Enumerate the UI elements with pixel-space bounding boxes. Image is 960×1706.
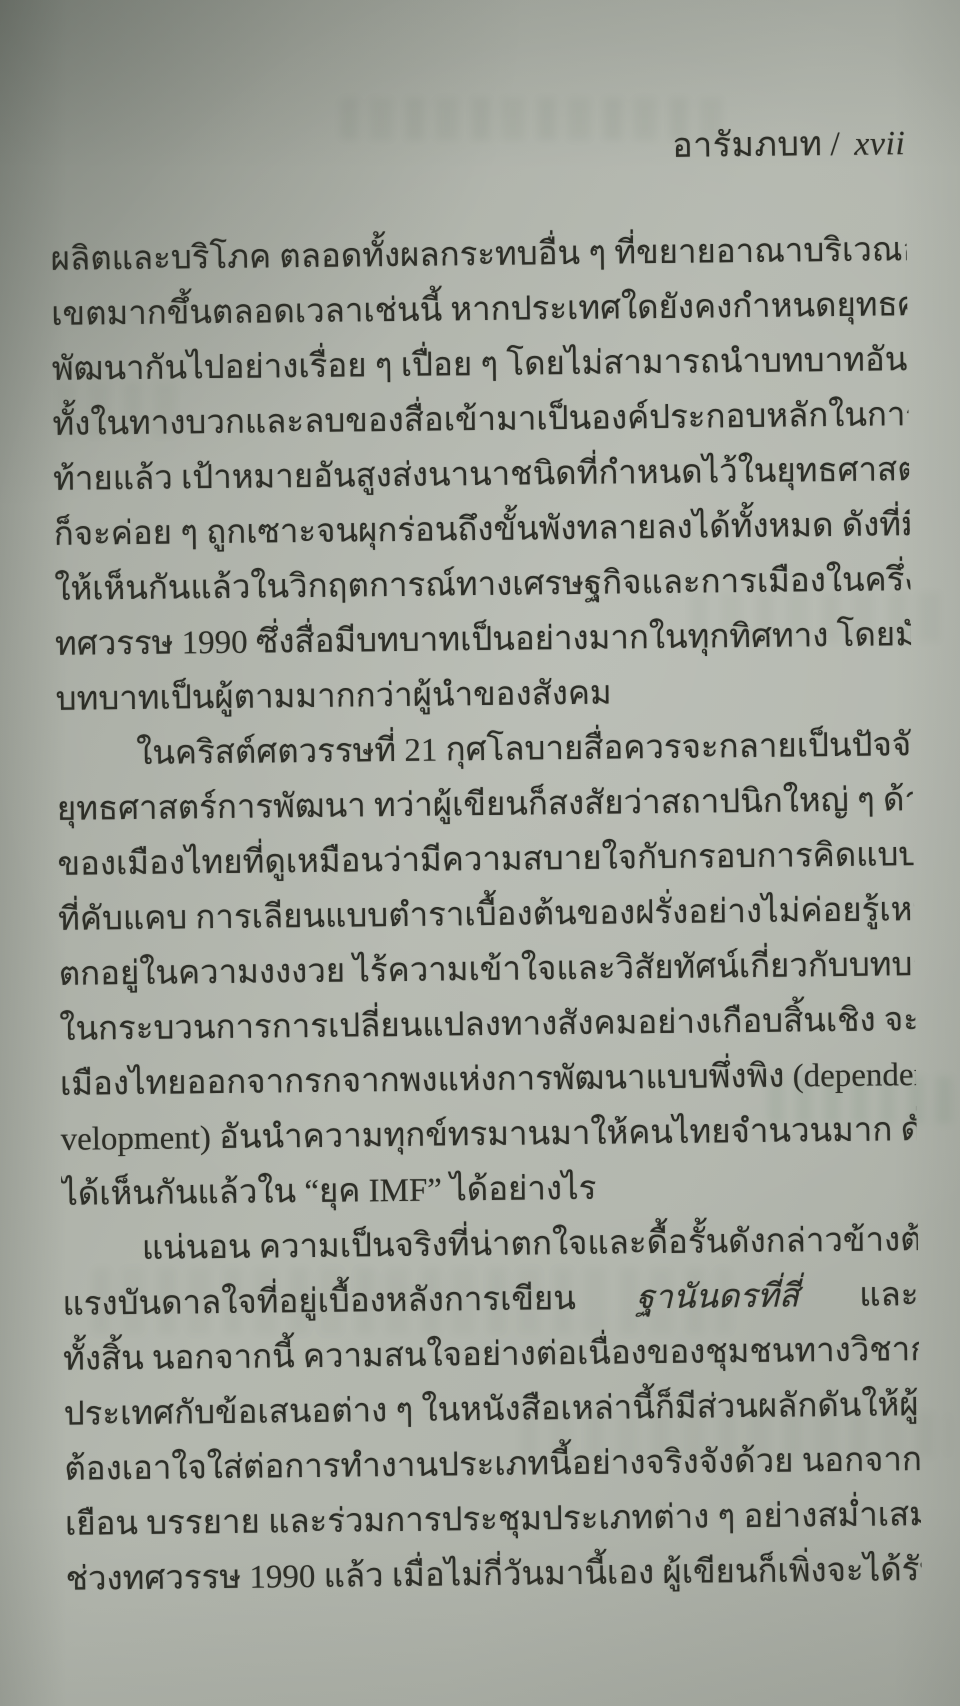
scanned-page-photo: อารัมภบท/xvii ผลิตและบริโภค ตลอดทั้งผลกร… — [0, 0, 960, 1706]
text-line: เยือน บรรยาย และร่วมการประชุมประเภทต่าง … — [65, 1488, 922, 1553]
text-line-with-book-titles: แรงบันดาลใจที่อยู่เบื้องหลังการเขียน ฐาน… — [62, 1268, 919, 1333]
text-line: ต้องเอาใจใส่ต่อการทำงานประเภทนี้อย่างจริ… — [64, 1433, 921, 1498]
text-line: ที่คับแคบ การเลียนแบบตำราเบื้องต้นของฝรั… — [58, 883, 915, 948]
text-line: ยุทธศาสตร์การพัฒนา ทว่าผู้เขียนก็สงสัยว่… — [57, 773, 914, 838]
text-line: ก็จะค่อย ๆ ถูกเซาะจนผุกร่อนถึงขั้นพังทลา… — [53, 498, 910, 563]
text-line: เมืองไทยออกจากรกจากพงแห่งการพัฒนาแบบพึ่ง… — [60, 1048, 917, 1113]
header-separator: / — [822, 126, 848, 163]
page-number: xvii — [848, 125, 905, 163]
page-content: อารัมภบท/xvii ผลิตและบริโภค ตลอดทั้งผลกร… — [48, 0, 922, 1608]
text-line: ผลิตและบริโภค ตลอดทั้งผลกระทบอื่น ๆ ที่ข… — [50, 223, 907, 288]
text-line: ประเทศกับข้อเสนอต่าง ๆ ในหนังสือเหล่านี้… — [63, 1378, 920, 1443]
text-line: ทศวรรษ 1990 ซึ่งสื่อมีบทบาทเป็นอย่างมากใ… — [55, 608, 912, 673]
text-line: ได้เห็นกันแล้วใน “ยุค IMF” ได้อย่างไร — [61, 1158, 918, 1223]
body-text: ผลิตและบริโภค ตลอดทั้งผลกระทบอื่น ๆ ที่ข… — [50, 223, 922, 1608]
chapter-title: อารัมภบท — [672, 126, 823, 165]
text-line: ในกระบวนการการเปลี่ยนแปลงทางสังคมอย่างเก… — [59, 993, 916, 1058]
text-line: ท้ายแล้ว เป้าหมายอันสูงส่งนานาชนิดที่กำห… — [53, 443, 910, 508]
text-line: ช่วงทศวรรษ 1990 แล้ว เมื่อไม่กี่วันมานี้… — [65, 1543, 922, 1608]
text-line: เขตมากขึ้นตลอดเวลาเช่นนี้ หากประเทศใดยัง… — [51, 278, 908, 343]
text-segment: และ — [799, 1277, 919, 1314]
text-line: velopment) อันนำความทุกข์ทรมานมาให้คนไทย… — [60, 1103, 917, 1168]
text-line: ทั้งในทางบวกและลบของสื่อเข้ามาเป็นองค์ปร… — [52, 388, 909, 453]
text-line: ให้เห็นกันแล้วในวิกฤตการณ์ทางเศรษฐกิจและ… — [54, 553, 911, 618]
book-title-italic: ฐานันดรที่สี่ — [636, 1278, 799, 1316]
text-line: แน่นอน ความเป็นจริงที่น่าตกใจและดื้อรั้น… — [62, 1213, 919, 1278]
text-line: ทั้งสิ้น นอกจากนี้ ความสนใจอย่างต่อเนื่อ… — [63, 1323, 920, 1388]
text-line: ในคริสต์ศตวรรษที่ 21 กุศโลบายสื่อควรจะกล… — [56, 718, 913, 783]
text-line: ของเมืองไทยที่ดูเหมือนว่ามีความสบายใจกับ… — [57, 828, 914, 893]
text-line: ตกอยู่ในความงงงวย ไร้ความเข้าใจและวิสัยท… — [58, 938, 915, 1003]
text-line: บทบาทเป็นผู้ตามมากกว่าผู้นำของสังคม — [55, 663, 912, 728]
text-line: พัฒนากันไปอย่างเรื่อย ๆ เปื่อย ๆ โดยไม่ส… — [52, 333, 909, 398]
text-segment: แรงบันดาลใจที่อยู่เบื้องหลังการเขียน — [62, 1280, 636, 1323]
page-header: อารัมภบท/xvii — [49, 121, 905, 177]
